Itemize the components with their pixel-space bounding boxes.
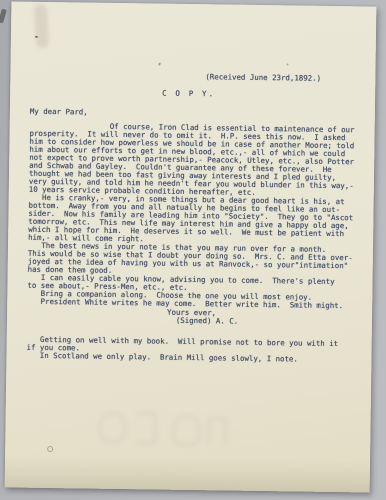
ink-speck	[287, 63, 289, 65]
postscript: Getting on well with my book. Will promi…	[26, 336, 338, 364]
ink-speck	[158, 62, 161, 66]
ink-speck	[35, 36, 38, 38]
letter-page: (Received June 23rd,1892.) C O P Y. My d…	[5, 1, 377, 492]
letter-body: Of course, Iron Clad is essential to mai…	[27, 122, 354, 311]
salutation: My dear Pard,	[30, 108, 88, 117]
paper-speck	[47, 446, 53, 452]
received-date-line: (Received June 23rd,1892.)	[205, 73, 321, 83]
photo-background: (Received June 23rd,1892.) C O P Y. My d…	[0, 0, 386, 500]
signature-block: Yours ever, (Signed) A. C.	[167, 309, 238, 326]
paper-bottom-shade	[5, 455, 370, 492]
bleedthrough-smudge	[85, 403, 256, 453]
edge-mark	[0, 9, 7, 24]
stain-smudge	[34, 4, 49, 49]
copy-label: C O P Y.	[162, 90, 215, 99]
